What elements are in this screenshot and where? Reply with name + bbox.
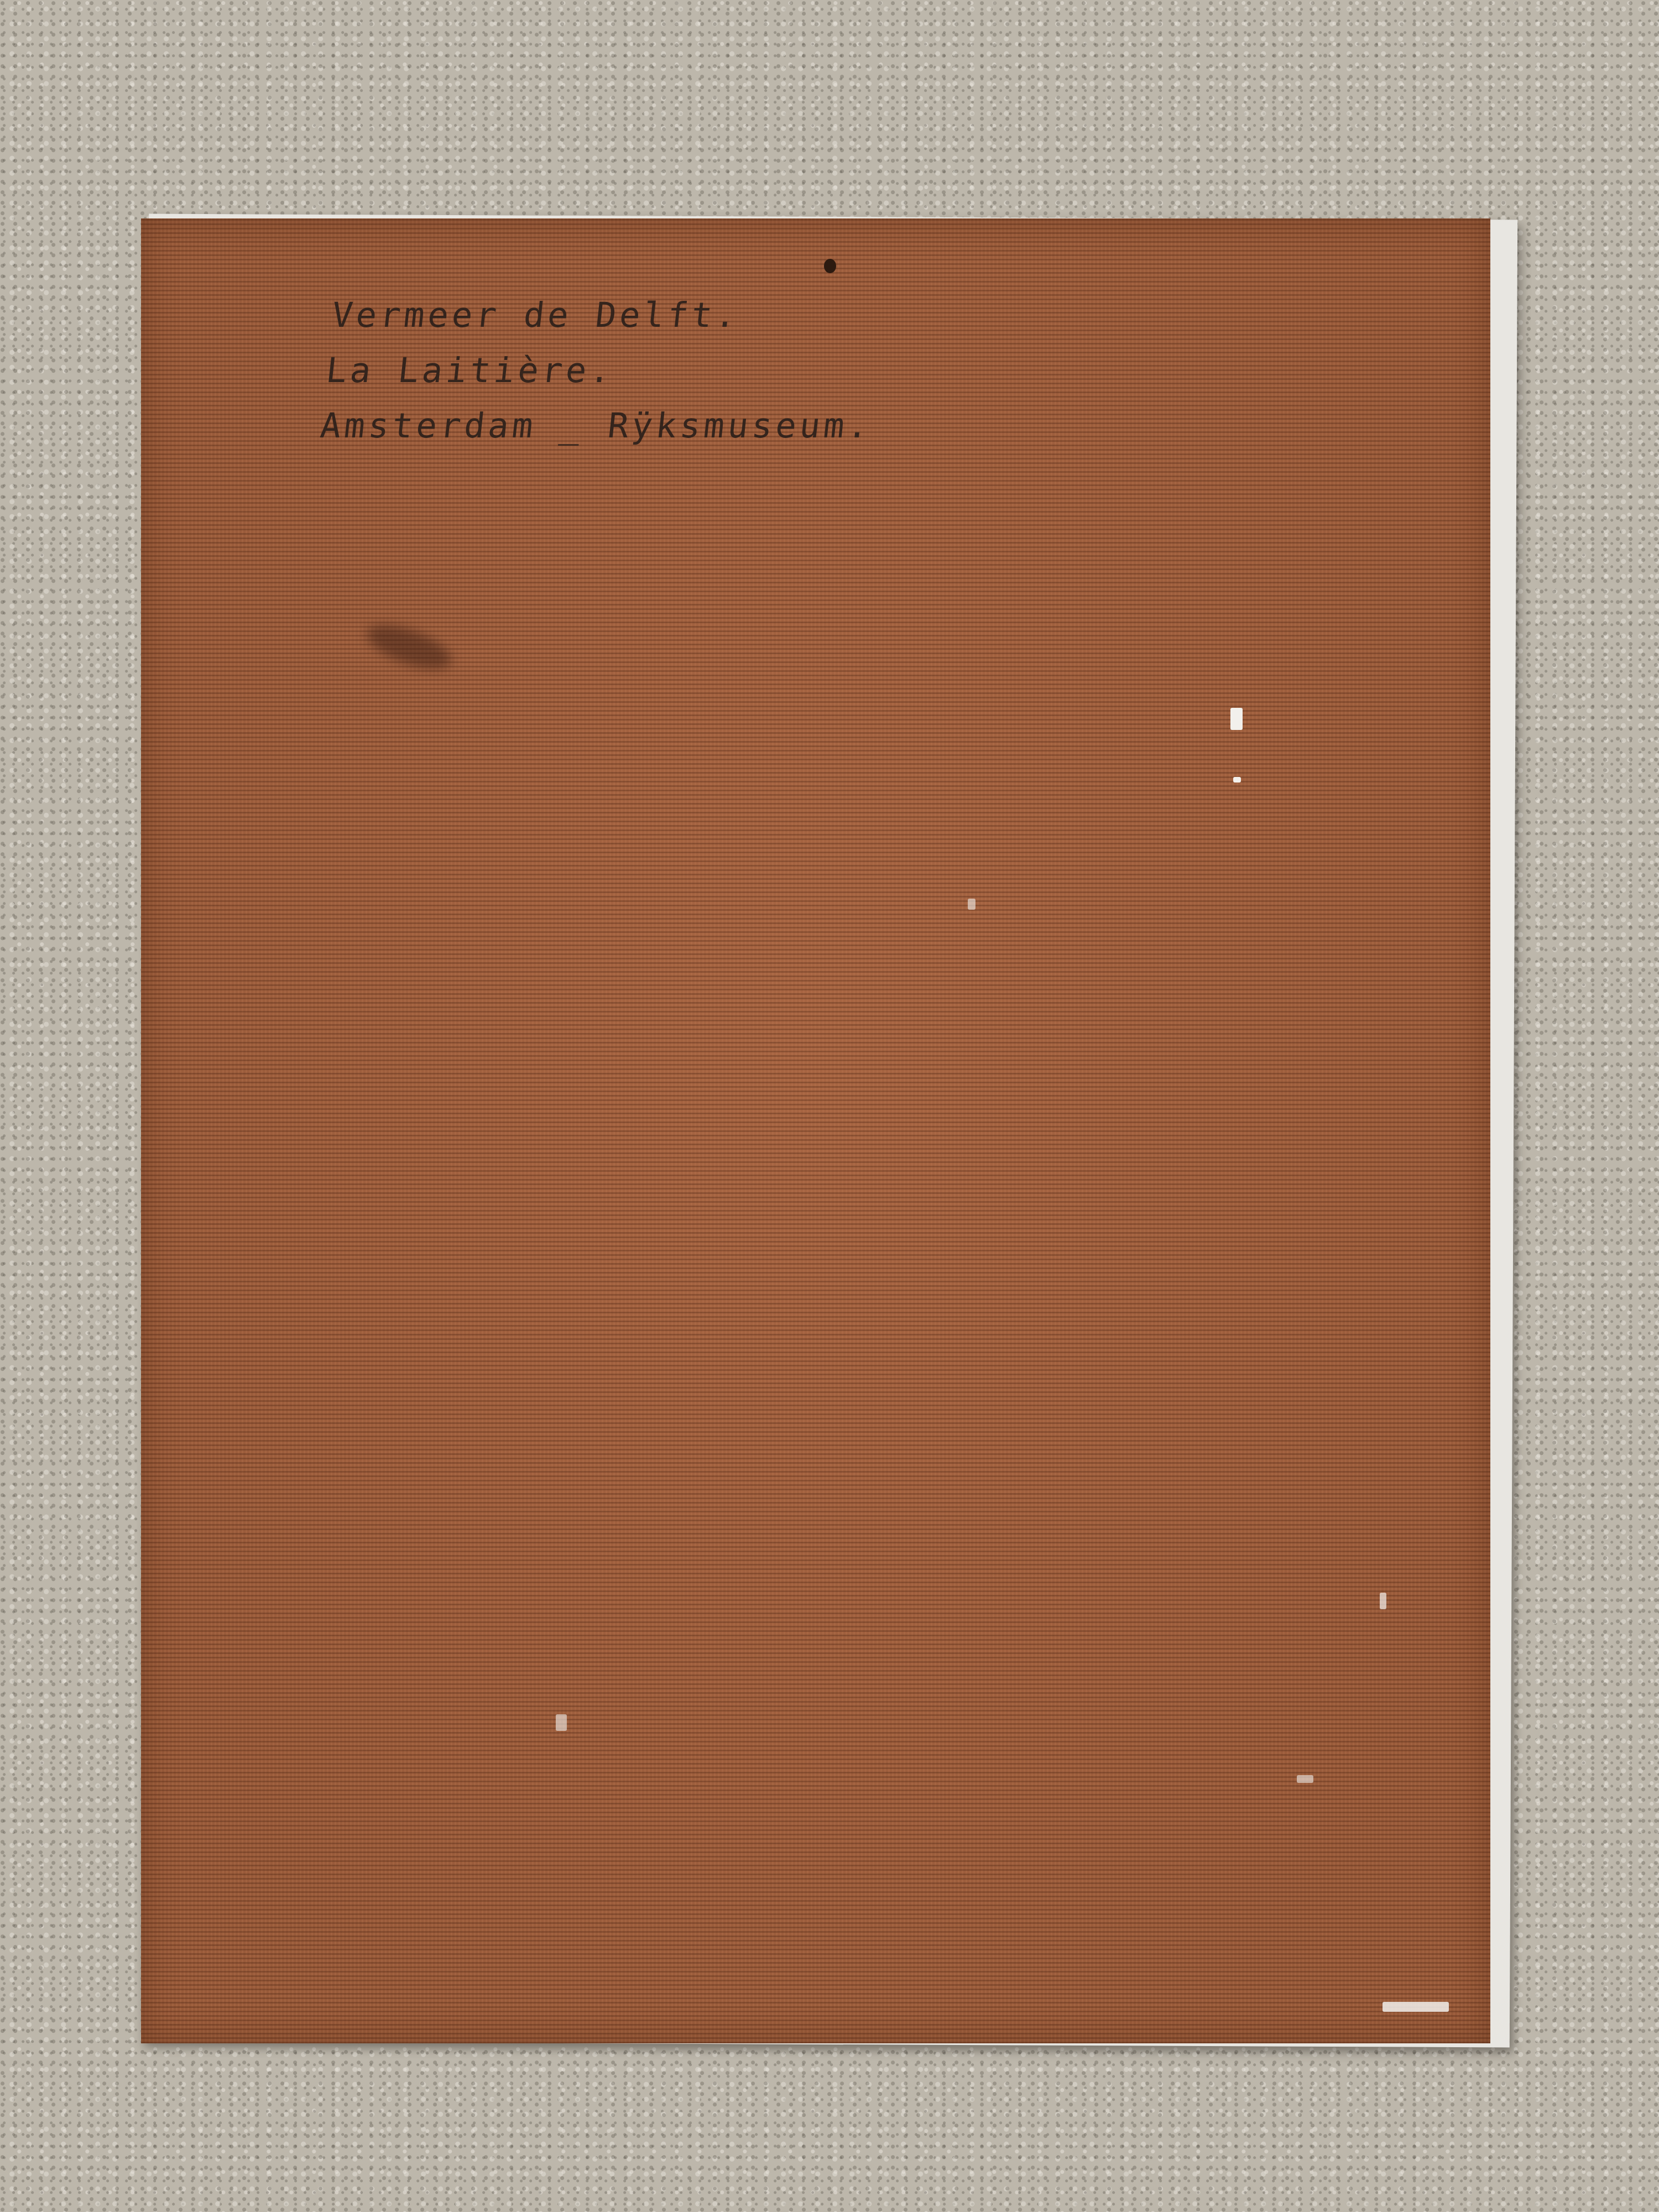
inscription-location: Amsterdam _ Rÿksmuseum.: [317, 398, 874, 453]
canvas-board-back: [141, 218, 1490, 2043]
paint-chip: [1383, 2002, 1449, 2012]
paint-chip: [968, 899, 975, 910]
paint-chip: [1380, 1593, 1386, 1609]
paint-chip: [1230, 708, 1243, 730]
paint-chip: [556, 1714, 567, 1731]
paint-chip: [1297, 1775, 1313, 1783]
inscription-artist: Vermeer de Delft.: [329, 288, 886, 343]
paint-chip: [1233, 777, 1241, 782]
handwritten-inscription: Vermeer de Delft. La Laitière. Amsterdam…: [317, 288, 886, 453]
hanging-hole: [824, 259, 836, 273]
inscription-title: La Laitière.: [324, 343, 880, 398]
